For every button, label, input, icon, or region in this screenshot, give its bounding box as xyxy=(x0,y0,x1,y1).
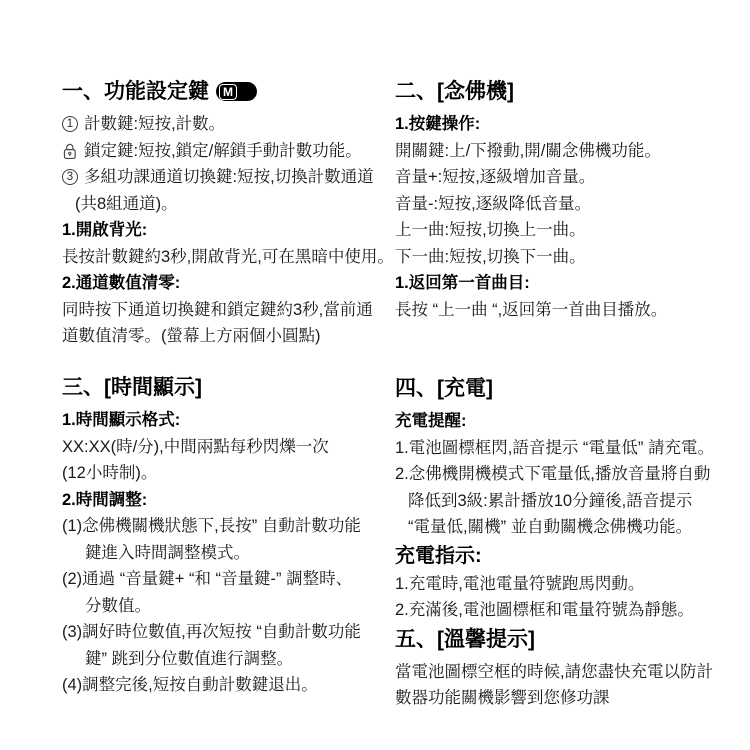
subsection-title-charge-indicator: 充電指示: xyxy=(395,541,739,571)
text-line: 鍵進入時間調整模式。 xyxy=(62,540,396,567)
text: 2.充滿後,電池圖標框和電量符號為靜態。 xyxy=(395,601,694,619)
text-line: (1)念佛機關機狀態下,長按” 自動計數功能 xyxy=(62,513,396,540)
text-line: 音量+:短按,逐級增加音量。 xyxy=(395,164,735,191)
section-title-chanting-machine: 二、[念佛機] xyxy=(395,76,735,107)
text: 道數值清零。(螢幕上方兩個小圓點) xyxy=(62,327,321,345)
text: 1.按鍵操作: xyxy=(395,115,480,133)
text: 1.充電時,電池電量符號跑馬閃動。 xyxy=(395,575,644,593)
text-line: 分數值。 xyxy=(62,593,396,620)
section-function-keys: 一、功能設定鍵M1計數鍵:短按,計數。 鎖定鍵:短按,鎖定/解鎖手動計數功能。3… xyxy=(62,76,396,350)
text-line: 音量-:短按,逐級降低音量。 xyxy=(395,191,735,218)
section-title-warm-tips: 五、[溫馨提示] xyxy=(395,624,739,655)
text: 音量-:短按,逐級降低音量。 xyxy=(395,195,591,213)
m-button-label: M xyxy=(219,84,237,100)
text: 數器功能關機影響到您修功課 xyxy=(395,689,610,707)
text-line: 鎖定鍵:短按,鎖定/解鎖手動計數功能。 xyxy=(62,138,396,165)
circled-1-icon: 1 xyxy=(62,116,78,132)
section-charging-and-tips: 四、[充電]充電提醒:1.電池圖標框閃,語音提示 “電量低” 請充電。2.念佛機… xyxy=(395,373,739,712)
text: 分數值。 xyxy=(85,597,151,615)
subheading: 1.時間顯示格式: xyxy=(62,407,396,434)
section-title-charging: 四、[充電] xyxy=(395,373,739,404)
section-title-function-keys: 一、功能設定鍵M xyxy=(62,76,396,107)
text: 二、[念佛機] xyxy=(395,76,514,107)
section-time-display: 三、[時間顯示]1.時間顯示格式:XX:XX(時/分),中間兩點每秒閃爍一次(1… xyxy=(62,372,396,699)
text: (4)調整完後,短按自動計數鍵退出。 xyxy=(62,676,318,694)
text: 長按 “上一曲 “,返回第一首曲目播放。 xyxy=(395,301,667,319)
m-button-icon: M xyxy=(216,82,257,101)
text: 四、[充電] xyxy=(395,373,493,404)
text: (2)通過 “音量鍵+ “和 “音量鍵-” 調整時、 xyxy=(62,570,352,588)
subheading: 2.時間調整: xyxy=(62,487,396,514)
text: (1)念佛機關機狀態下,長按” 自動計數功能 xyxy=(62,517,361,535)
text: 充電提醒: xyxy=(395,412,467,430)
text-line: 當電池圖標空框的時候,請您盡快充電以防計 xyxy=(395,659,739,686)
text-line: 1.充電時,電池電量符號跑馬閃動。 xyxy=(395,571,739,598)
text-line: 開關鍵:上/下撥動,開/關念佛機功能。 xyxy=(395,138,735,165)
text-line: XX:XX(時/分),中間兩點每秒閃爍一次 xyxy=(62,434,396,461)
text: 1.時間顯示格式: xyxy=(62,411,180,429)
subheading: 2.通道數值清零: xyxy=(62,270,396,297)
text-line: (2)通過 “音量鍵+ “和 “音量鍵-” 調整時、 xyxy=(62,566,396,593)
text-line: “電量低,關機” 並自動關機念佛機功能。 xyxy=(395,514,739,541)
circled-3-icon: 3 xyxy=(62,169,78,185)
text: 鍵進入時間調整模式。 xyxy=(85,544,250,562)
text-line: 道數值清零。(螢幕上方兩個小圓點) xyxy=(62,323,396,350)
subheading: 充電提醒: xyxy=(395,408,739,435)
text-line: (3)調好時位數值,再次短按 “自動計數功能 xyxy=(62,619,396,646)
text: 2.時間調整: xyxy=(62,491,147,509)
text-line: (12小時制)。 xyxy=(62,460,396,487)
text: 1.返回第一首曲目: xyxy=(395,274,530,292)
text-line: 下一曲:短按,切換下一曲。 xyxy=(395,244,735,271)
text-line: 1.電池圖標框閃,語音提示 “電量低” 請充電。 xyxy=(395,435,739,462)
text: 1.電池圖標框閃,語音提示 “電量低” 請充電。 xyxy=(395,439,714,457)
text: 開關鍵:上/下撥動,開/關念佛機功能。 xyxy=(395,142,661,160)
text-line: 鍵” 跳到分位數值進行調整。 xyxy=(62,646,396,673)
text: 鎖定鍵:短按,鎖定/解鎖手動計數功能。 xyxy=(84,138,362,165)
text: 長按計數鍵約3秒,開啟背光,可在黑暗中使用。 xyxy=(62,248,394,266)
text-line: 長按計數鍵約3秒,開啟背光,可在黑暗中使用。 xyxy=(62,244,396,271)
text-line: 數器功能關機影響到您修功課 xyxy=(395,685,739,712)
text-line: 上一曲:短按,切換上一曲。 xyxy=(395,217,735,244)
text: 1.開啟背光: xyxy=(62,221,147,239)
text-line: 2.充滿後,電池圖標框和電量符號為靜態。 xyxy=(395,597,739,624)
text: (共8組通道)。 xyxy=(75,195,178,213)
text: 充電指示: xyxy=(395,545,482,567)
subheading: 1.按鍵操作: xyxy=(395,111,735,138)
text-line: 長按 “上一曲 “,返回第一首曲目播放。 xyxy=(395,297,735,324)
text: 2.通道數值清零: xyxy=(62,274,180,292)
text: 三、[時間顯示] xyxy=(62,372,202,403)
text: “電量低,關機” 並自動關機念佛機功能。 xyxy=(408,518,692,536)
text: (12小時制)。 xyxy=(62,464,157,482)
text: 下一曲:短按,切換下一曲。 xyxy=(395,248,586,266)
text-line: 1計數鍵:短按,計數。 xyxy=(62,111,396,138)
text: 五、[溫馨提示] xyxy=(395,624,535,655)
text-line: (共8組通道)。 xyxy=(62,191,396,218)
text: 多組功課通道切換鍵:短按,切換計數通道 xyxy=(84,164,374,191)
text: 上一曲:短按,切換上一曲。 xyxy=(395,221,586,239)
text: (3)調好時位數值,再次短按 “自動計數功能 xyxy=(62,623,361,641)
text-line: (4)調整完後,短按自動計數鍵退出。 xyxy=(62,672,396,699)
text-line: 2.念佛機開機模式下電量低,播放音量將自動 xyxy=(395,461,739,488)
section-chanting-machine: 二、[念佛機]1.按鍵操作:開關鍵:上/下撥動,開/關念佛機功能。音量+:短按,… xyxy=(395,76,735,323)
text: 鍵” 跳到分位數值進行調整。 xyxy=(85,650,293,668)
text: 同時按下通道切換鍵和鎖定鍵約3秒,當前通 xyxy=(62,301,373,319)
text: 音量+:短按,逐級增加音量。 xyxy=(395,168,595,186)
text-line: 降低到3級:累計播放10分鐘後,語音提示 xyxy=(395,488,739,515)
subheading: 1.開啟背光: xyxy=(62,217,396,244)
section-title-time-display: 三、[時間顯示] xyxy=(62,372,396,403)
text-line: 同時按下通道切換鍵和鎖定鍵約3秒,當前通 xyxy=(62,297,396,324)
text-line: 3多組功課通道切換鍵:短按,切換計數通道 xyxy=(62,164,396,191)
lock-icon xyxy=(62,142,78,160)
text: 計數鍵:短按,計數。 xyxy=(84,111,225,138)
text: 2.念佛機開機模式下電量低,播放音量將自動 xyxy=(395,465,710,483)
text: XX:XX(時/分),中間兩點每秒閃爍一次 xyxy=(62,438,329,456)
text: 降低到3級:累計播放10分鐘後,語音提示 xyxy=(408,492,692,510)
text: 一、功能設定鍵 xyxy=(62,76,209,107)
text: 當電池圖標空框的時候,請您盡快充電以防計 xyxy=(395,663,713,681)
subheading: 1.返回第一首曲目: xyxy=(395,270,735,297)
